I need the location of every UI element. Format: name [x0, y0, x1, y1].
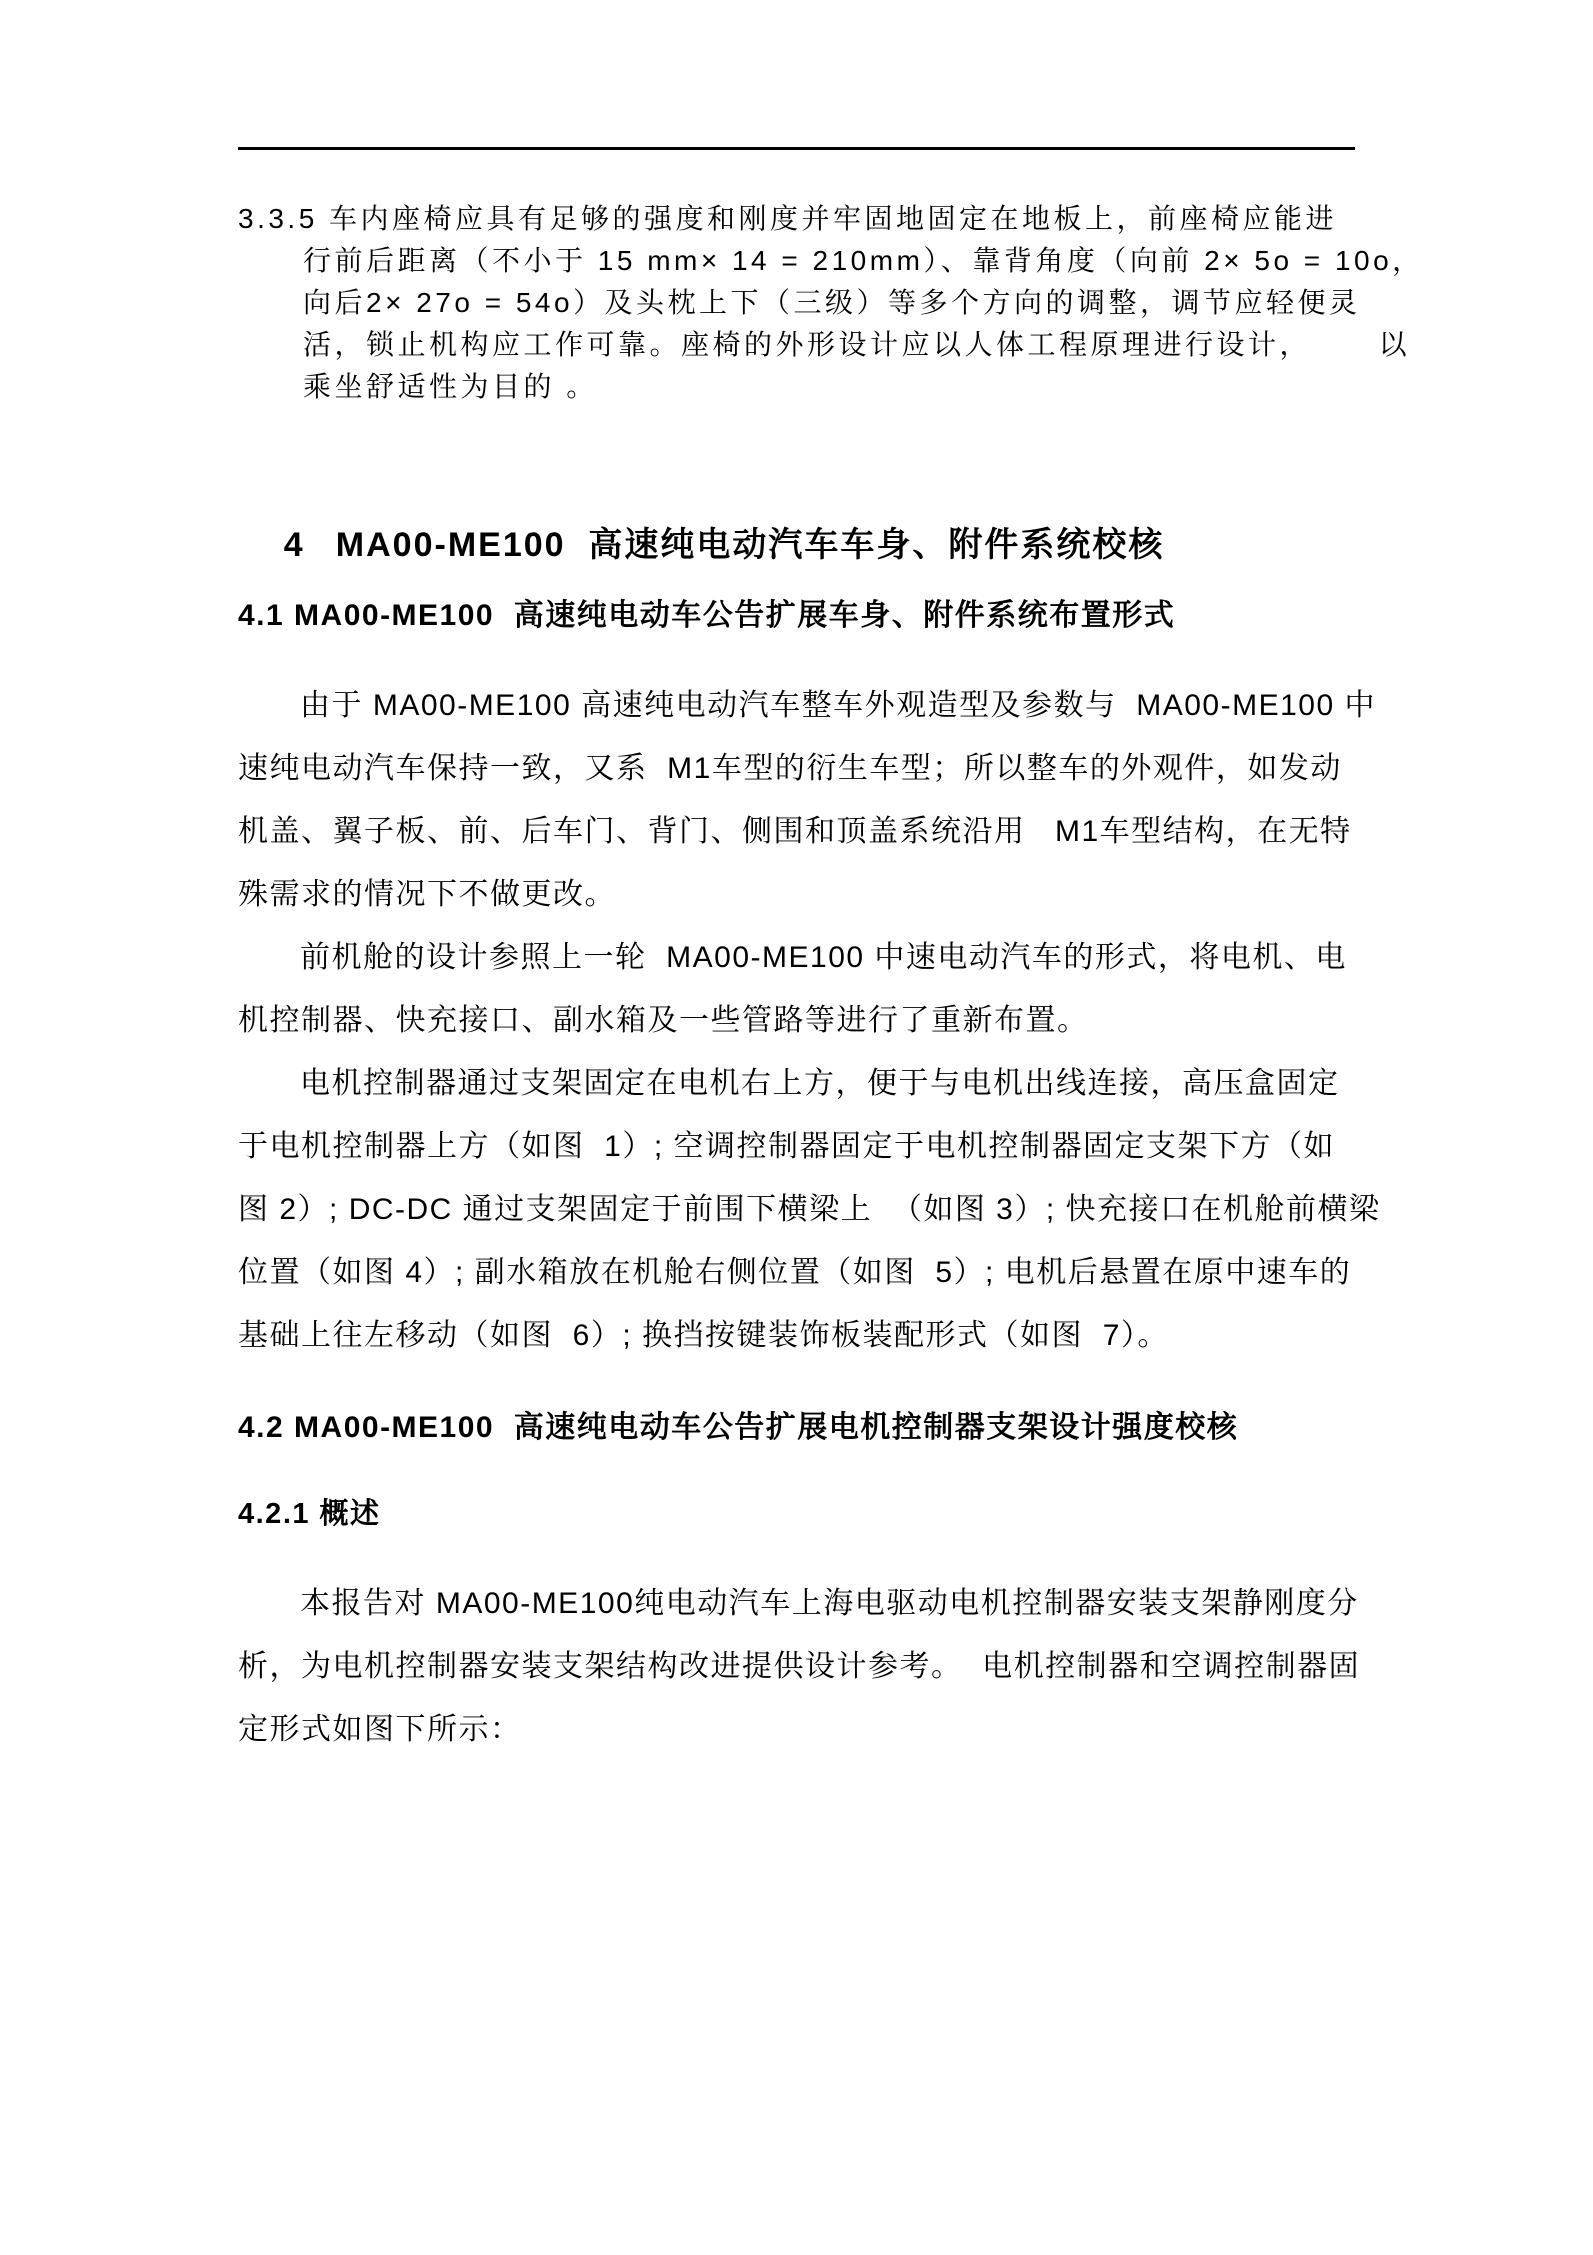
section-4-2-1-heading: 4.2.1 概述: [238, 1491, 381, 1532]
text-line: 析，为电机控制器安装支架结构改进提供设计参考。 电机控制器和空调控制器固: [238, 1635, 1368, 1698]
text-line: 图 2）; DC-DC 通过支架固定于前围下横梁上 （如图 3）; 快充接口在机…: [238, 1178, 1368, 1241]
text-line: 机盖、翼子板、前、后车门、背门、侧围和顶盖系统沿用 M1车型结构，在无特: [238, 800, 1368, 863]
header-rule: [238, 147, 1355, 150]
text-line: 位置（如图 4）; 副水箱放在机舱右侧位置（如图 5）; 电机后悬置在原中速车的: [238, 1241, 1368, 1304]
section-4-2-1-paragraph: 本报告对 MA00-ME100纯电动汽车上海电驱动电机控制器安装支架静刚度分 析…: [238, 1572, 1368, 1761]
section-4-2-heading: 4.2 MA00-ME100 高速纯电动车公告扩展电机控制器支架设计强度校核: [238, 1402, 1238, 1446]
text-line: 本报告对 MA00-ME100纯电动汽车上海电驱动电机控制器安装支架静刚度分: [238, 1572, 1368, 1635]
text-line: 电机控制器通过支架固定在电机右上方，便于与电机出线连接，高压盒固定: [238, 1052, 1368, 1115]
text-line: 由于 MA00-ME100 高速纯电动汽车整车外观造型及参数与 MA00-ME1…: [238, 674, 1368, 737]
text-line: 活，锁止机构应工作可靠。座椅的外形设计应以人体工程原理进行设计， 以: [303, 324, 1363, 366]
text-line: 基础上往左移动（如图 6）; 换挡按键装饰板装配形式（如图 7）。: [238, 1304, 1368, 1367]
document-page: 3.3.5 车内座椅应具有足够的强度和刚度并牢固地固定在地板上，前座椅应能进 行…: [0, 0, 1593, 2255]
clause-3-3-5-paragraph: 3.3.5 车内座椅应具有足够的强度和刚度并牢固地固定在地板上，前座椅应能进 行…: [303, 198, 1363, 408]
text-line: 乘坐舒适性为目的 。: [303, 366, 1363, 408]
section-4-1-paragraph-1: 由于 MA00-ME100 高速纯电动汽车整车外观造型及参数与 MA00-ME1…: [238, 674, 1368, 926]
section-4-1-heading: 4.1 MA00-ME100 高速纯电动车公告扩展车身、附件系统布置形式: [238, 590, 1175, 634]
section-4-1-paragraph-3: 电机控制器通过支架固定在电机右上方，便于与电机出线连接，高压盒固定 于电机控制器…: [238, 1052, 1368, 1367]
text-line: 向后2× 27o = 54o）及头枕上下（三级）等多个方向的调整，调节应轻便灵: [303, 282, 1363, 324]
text-line: 于电机控制器上方（如图 1）; 空调控制器固定于电机控制器固定支架下方（如: [238, 1115, 1368, 1178]
text-line: 行前后距离（不小于 15 mm× 14 = 210mm）、靠背角度（向前 2× …: [303, 240, 1363, 282]
text-line: 3.3.5 车内座椅应具有足够的强度和刚度并牢固地固定在地板上，前座椅应能进: [238, 198, 1363, 240]
text-line: 速纯电动汽车保持一致，又系 M1车型的衍生车型；所以整车的外观件，如发动: [238, 737, 1368, 800]
section-4-1-paragraph-2: 前机舱的设计参照上一轮 MA00-ME100 中速电动汽车的形式，将电机、电 机…: [238, 926, 1368, 1052]
text-line: 定形式如图下所示：: [238, 1698, 1368, 1761]
text-line: 前机舱的设计参照上一轮 MA00-ME100 中速电动汽车的形式，将电机、电: [238, 926, 1368, 989]
text-line: 机控制器、快充接口、副水箱及一些管路等进行了重新布置。: [238, 989, 1368, 1052]
section-4-number: 4: [284, 526, 336, 565]
section-4-heading: 4MA00-ME100 高速纯电动汽车车身、附件系统校核: [238, 478, 1164, 605]
text-line: 殊需求的情况下不做更改。: [238, 863, 1368, 926]
section-4-title: MA00-ME100 高速纯电动汽车车身、附件系统校核: [336, 526, 1165, 564]
